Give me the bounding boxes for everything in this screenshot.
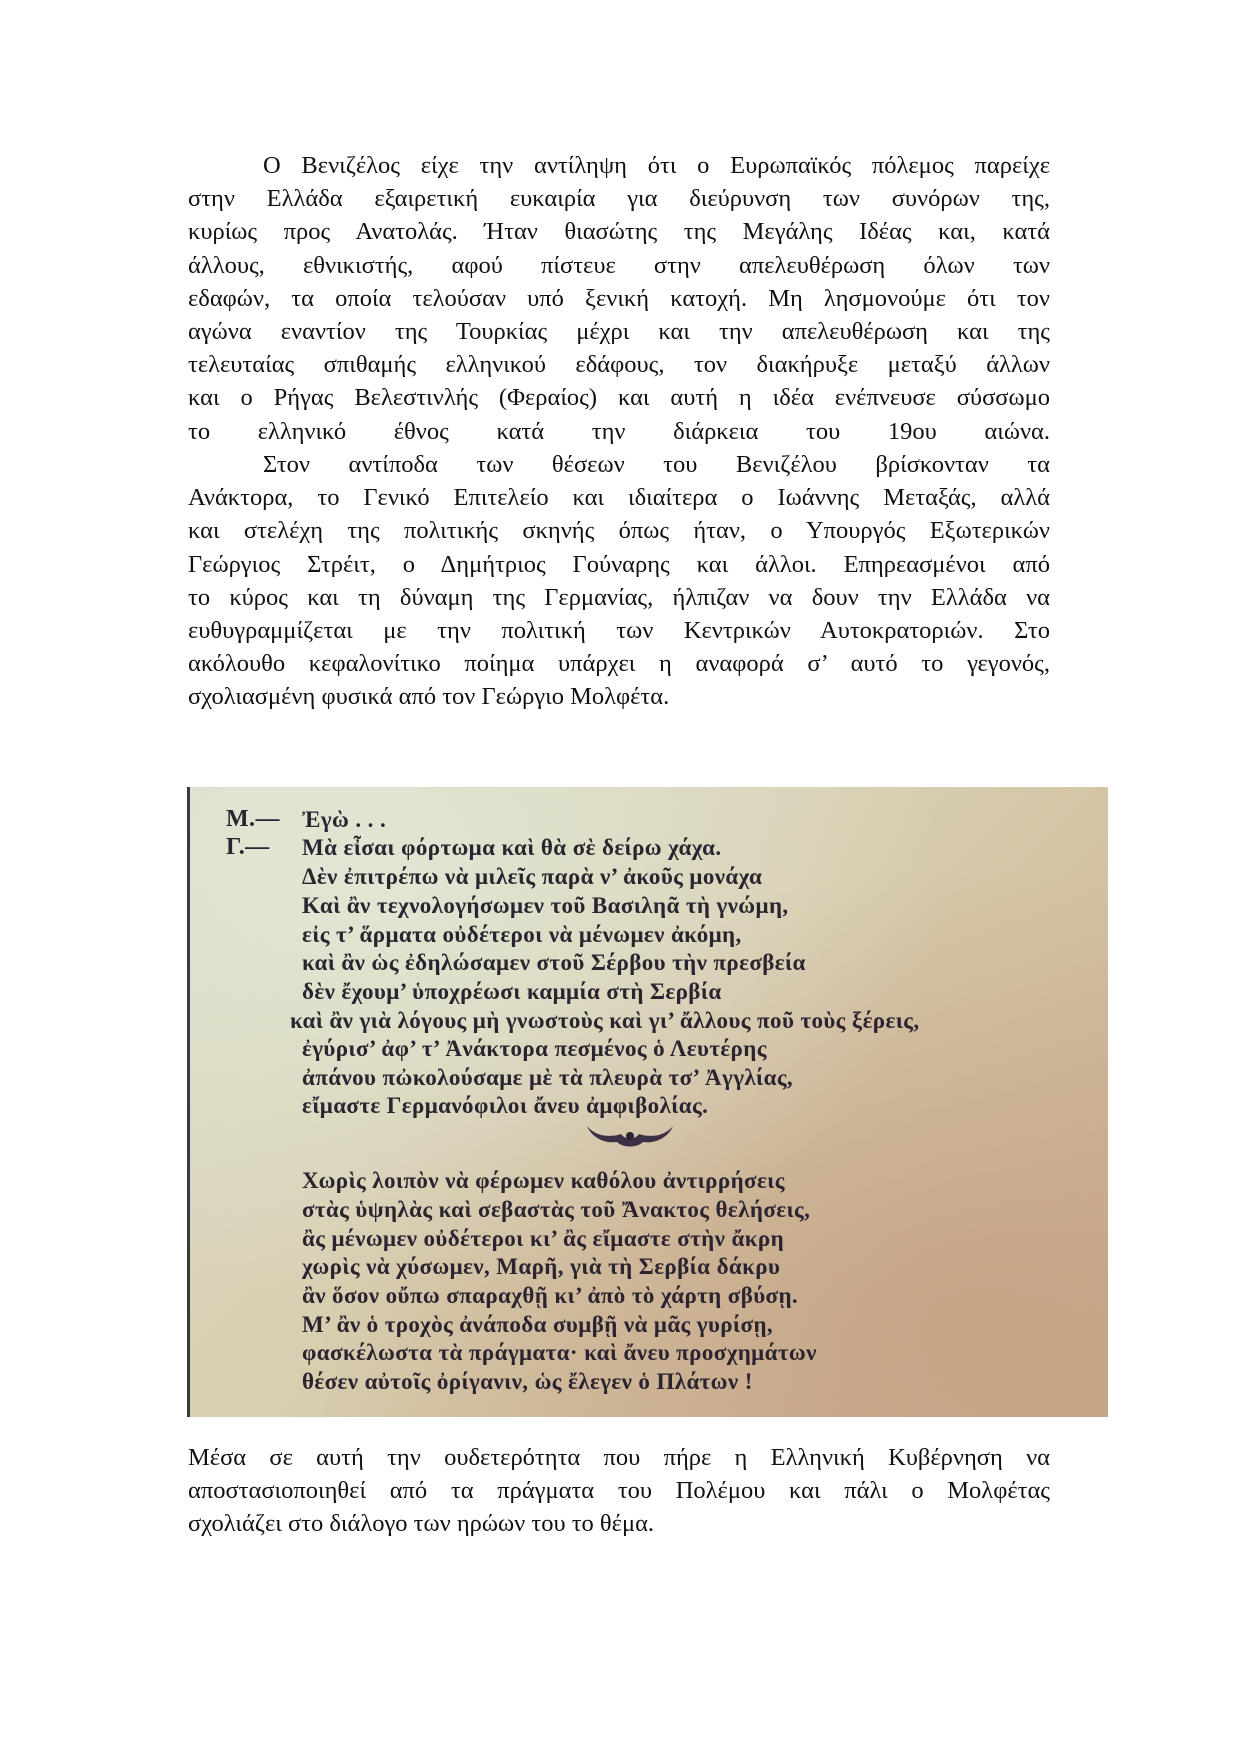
poem-line: καὶ ἂν γιὰ λόγους μὴ γνωστοὺς καὶ γι’ ἄλ… — [290, 1005, 920, 1037]
scanned-poem-image: Μ.— Γ.— Ἐγὼ . . . Μὰ εἶσαι φόρτωμα καὶ θ… — [187, 787, 1108, 1417]
paragraph-venizelos: Ο Βενιζέλος είχε την αντίληψη ότι ο Ευρω… — [188, 149, 1050, 448]
text-line: τελευταίας σπιθαμής ελληνικού εδάφους, τ… — [188, 348, 1050, 381]
poem-line: εἰς τ’ ἅρματα οὐδέτεροι νὰ μένωμεν ἀκόμη… — [302, 919, 742, 951]
poem-line: Χωρὶς λοιπὸν νὰ φέρωμεν καθόλου ἀντιρρήσ… — [302, 1165, 785, 1197]
text-line: ακόλουθο κεφαλονίτικο ποίημα υπάρχει η α… — [188, 647, 1050, 680]
poem-line: ἐγύρισ’ ἀφ’ τ’ Ἀνάκτορα πεσμένος ὁ Λευτέ… — [302, 1033, 767, 1065]
poem-line: ἂς μένωμεν οὐδέτεροι κι’ ἂς εἴμαστε στὴν… — [302, 1223, 784, 1255]
poem-line: εἴμαστε Γερμανόφιλοι ἄνευ ἀμφιβολίας. — [302, 1090, 708, 1122]
paragraph-opposition: Στον αντίποδα των θέσεων του Βενιζέλου β… — [188, 448, 1050, 714]
poem-line: Καὶ ἂν τεχνολογήσωμεν τοῦ Βασιληᾶ τὴ γνώ… — [302, 890, 789, 922]
text-line-content: Στον αντίποδα των θέσεων του Βενιζέλου β… — [263, 451, 1050, 478]
text-line: το κύρος και τη δύναμη της Γερμανίας, ήλ… — [188, 581, 1050, 614]
document-page: Ο Βενιζέλος είχε την αντίληψη ότι ο Ευρω… — [0, 0, 1241, 1755]
poem-line: ἂν ὅσον οὔπω σπαραχθῇ κι’ ἀπὸ τὸ χάρτη σ… — [302, 1280, 798, 1312]
poem-line: θέσεν αὐτοῖς ὀρίγανιν, ὡς ἔλεγεν ὁ Πλάτω… — [302, 1366, 753, 1398]
text-line: σχολιάζει στο διάλογο των ηρώων του το θ… — [188, 1507, 1050, 1540]
poem-line: Μὰ εἶσαι φόρτωμα καὶ θὰ σὲ δείρω χάχα. — [302, 832, 722, 864]
text-line: αποστασιοποιηθεί από τα πράγματα του Πολ… — [188, 1474, 1050, 1507]
poem-line: δὲν ἔχουμ’ ὑποχρέωσι καμμία στὴ Σερβία — [302, 976, 722, 1008]
text-line: Ανάκτορα, το Γενικό Επιτελείο και ιδιαίτ… — [188, 481, 1050, 514]
text-line: κυρίως προς Ανατολάς. Ήταν θιασώτης της … — [188, 215, 1050, 248]
text-line: αγώνα εναντίον της Τουρκίας μέχρι και τη… — [188, 315, 1050, 348]
text-line: Γεώργιος Στρέιτ, ο Δημήτριος Γούναρης κα… — [188, 548, 1050, 581]
text-line: άλλους, εθνικιστής, αφού πίστευε στην απ… — [188, 249, 1050, 282]
poem-line: στὰς ὑψηλὰς καὶ σεβαστὰς τοῦ Ἄνακτος θελ… — [302, 1194, 810, 1226]
poem-line: χωρὶς νὰ χύσωμεν, Μαρῆ, γιὰ τὴ Σερβία δά… — [302, 1251, 780, 1283]
poem-line: φασκέλωστα τὰ πράγματα· καὶ ἄνευ προσχημ… — [302, 1337, 817, 1369]
text-line: Μέσα σε αυτή την ουδετερότητα που πήρε η… — [188, 1441, 1050, 1474]
fleuron-ornament-icon — [585, 1122, 675, 1148]
poem-line: Μ’ ἂν ὁ τροχὸς ἀνάποδα συμβῇ νὰ μᾶς γυρί… — [302, 1309, 773, 1341]
paragraph-neutrality: Μέσα σε αυτή την ουδετερότητα που πήρε η… — [188, 1441, 1050, 1541]
text-line: ευθυγραμμίζεται με την πολιτική των Κεντ… — [188, 614, 1050, 647]
speaker-m: Μ.— — [226, 804, 280, 836]
text-line: στην Ελλάδα εξαιρετική ευκαιρία για διεύ… — [188, 182, 1050, 215]
poem-line: καὶ ἂν ὡς ἐδηλώσαμεν στοῦ Σέρβου τὴν πρε… — [302, 947, 806, 979]
poem-line: ἀπάνου πὠκολούσαμε μὲ τὰ πλευρὰ τσ’ Ἀγγλ… — [302, 1062, 793, 1094]
text-line-content: Ο Βενιζέλος είχε την αντίληψη ότι ο Ευρω… — [263, 152, 1050, 179]
poem-text: Μ.— Γ.— Ἐγὼ . . . Μὰ εἶσαι φόρτωμα καὶ θ… — [190, 787, 1108, 1417]
speaker-g: Γ.— — [226, 832, 270, 864]
text-line: εδαφών, τα οποία τελούσαν υπό ξενική κατ… — [188, 282, 1050, 315]
text-line: σχολιασμένη φυσικά από τον Γεώργιο Μολφέ… — [188, 680, 1050, 713]
text-line: και στελέχη της πολιτικής σκηνής όπως ήτ… — [188, 514, 1050, 547]
text-line: το ελληνικό έθνος κατά την διάρκεια του … — [188, 415, 1050, 448]
text-line: Στον αντίποδα των θέσεων του Βενιζέλου β… — [188, 448, 1050, 481]
text-line: και ο Ρήγας Βελεστινλής (Φεραίος) και αυ… — [188, 381, 1050, 414]
text-line: Ο Βενιζέλος είχε την αντίληψη ότι ο Ευρω… — [188, 149, 1050, 182]
poem-line: Δὲν ἐπιτρέπω νὰ μιλεῖς παρὰ ν’ ἀκοῦς μον… — [302, 861, 762, 893]
poem-line: Ἐγὼ . . . — [302, 804, 386, 836]
